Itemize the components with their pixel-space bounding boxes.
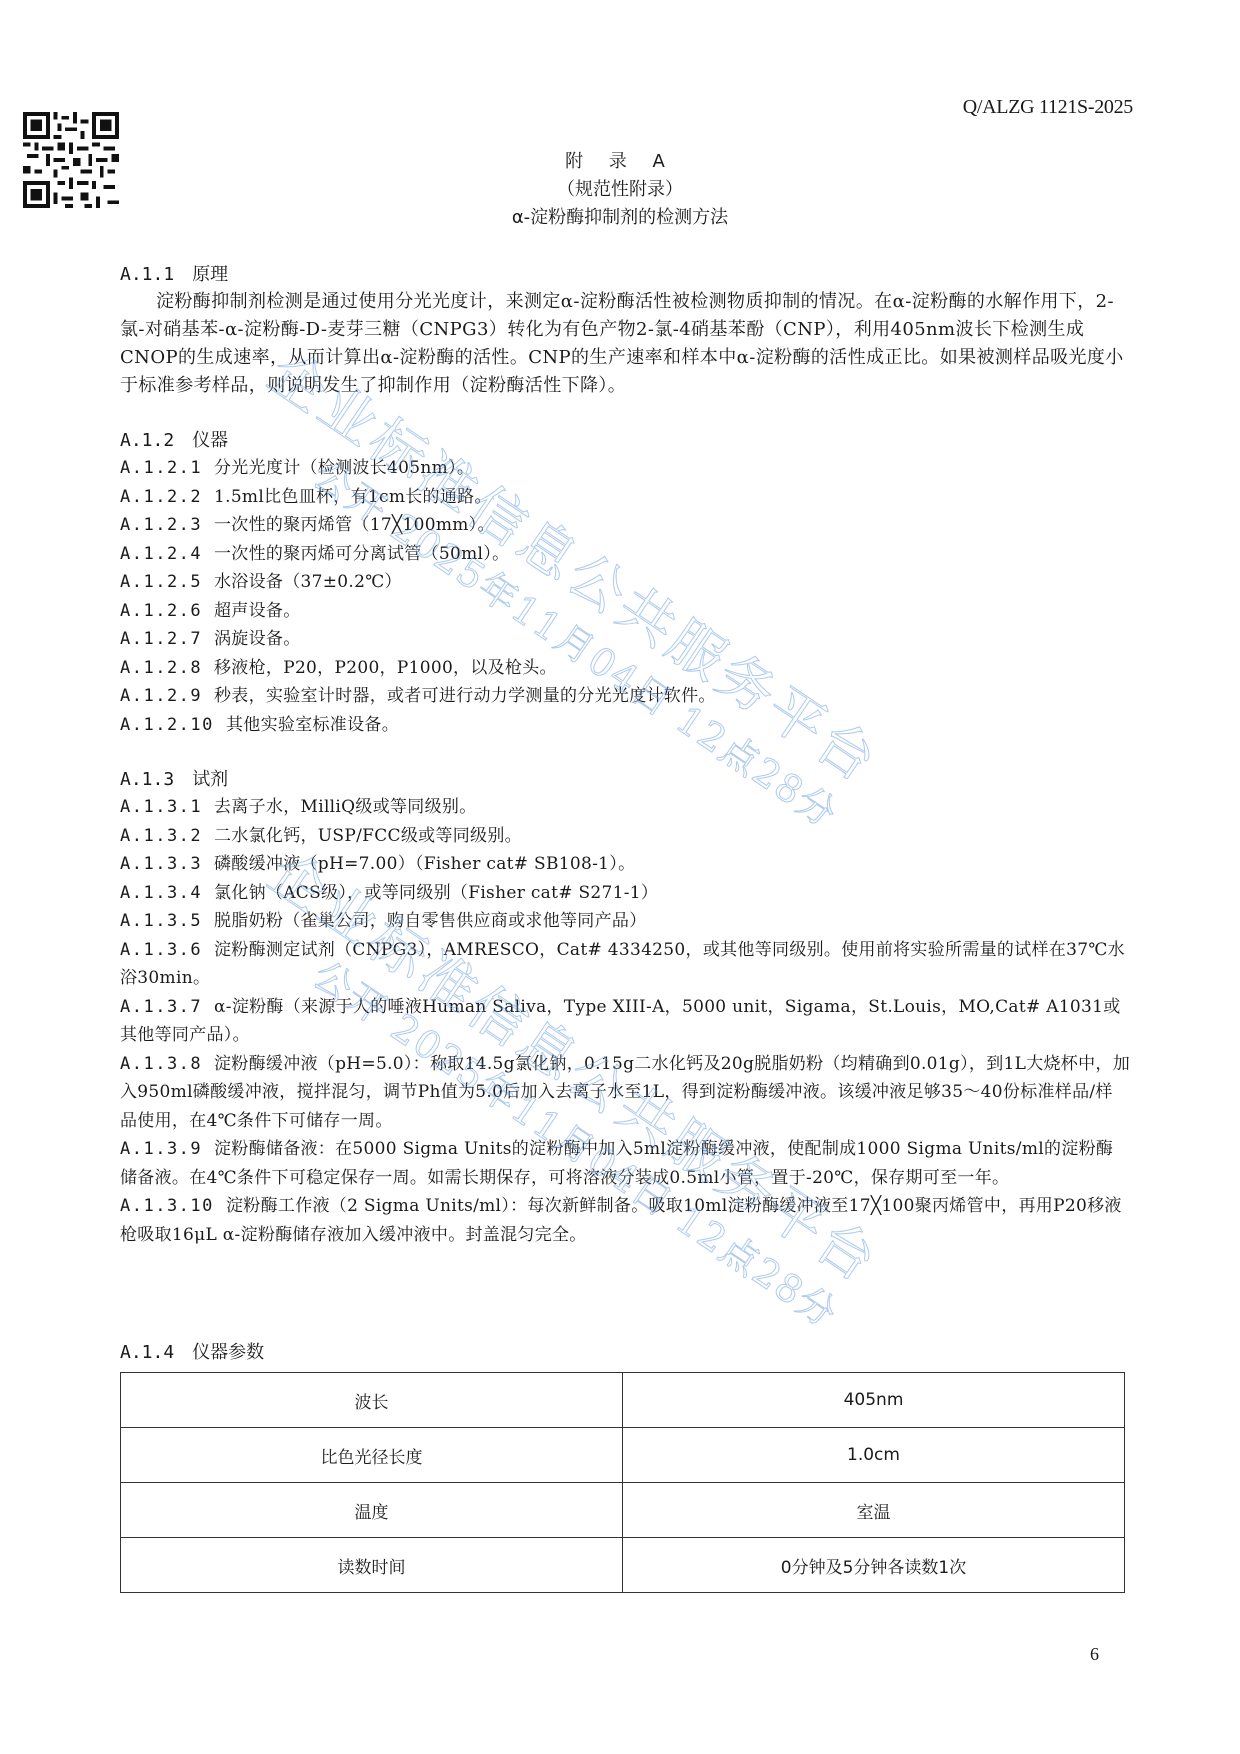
item-number: A.1.2.10 — [120, 711, 226, 740]
item-text: 淀粉酶工作液（2 Sigma Units/ml）：每次新鲜制备。吸取10ml淀粉… — [120, 1196, 1122, 1245]
item-number: A.1.3.5 — [120, 907, 214, 936]
reagent-list: A.1.3.1去离子水，MilliQ级或等同级别。 A.1.3.2二水氯化钙，U… — [120, 793, 1130, 1249]
appendix-name: α-淀粉酶抑制剂的检测方法 — [0, 204, 1240, 232]
section-name: 试剂 — [192, 769, 228, 790]
item-text: 磷酸缓冲液（pH=7.00）（Fisher cat# SB108-1）。 — [214, 854, 635, 874]
item-text: 氯化钠（ACS级），或等同级别（Fisher cat# S271-1） — [214, 883, 658, 903]
item-number: A.1.3.7 — [120, 993, 214, 1022]
param-value: 405nm — [623, 1373, 1125, 1428]
document-code: Q/ALZG 1121S-2025 — [963, 96, 1133, 119]
table-row: 温度 室温 — [121, 1483, 1125, 1538]
item-number: A.1.2.7 — [120, 625, 214, 654]
list-item: A.1.3.10淀粉酶工作液（2 Sigma Units/ml）：每次新鲜制备。… — [120, 1192, 1130, 1249]
list-item: A.1.3.3磷酸缓冲液（pH=7.00）（Fisher cat# SB108-… — [120, 850, 1130, 879]
list-item: A.1.3.1去离子水，MilliQ级或等同级别。 — [120, 793, 1130, 822]
list-item: A.1.2.1分光光度计（检测波长405nm）。 — [120, 454, 1130, 483]
item-text: 二水氯化钙，USP/FCC级或等同级别。 — [214, 826, 522, 846]
section-number: A.1.2 — [120, 430, 174, 451]
list-item: A.1.3.7α-淀粉酶（来源于人的唾液Human Saliva，Type XI… — [120, 993, 1130, 1050]
table-row: 读数时间 0分钟及5分钟各读数1次 — [121, 1538, 1125, 1593]
instrument-list: A.1.2.1分光光度计（检测波长405nm）。 A.1.2.21.5ml比色皿… — [120, 454, 1130, 739]
item-text: 去离子水，MilliQ级或等同级别。 — [214, 797, 477, 817]
list-item: A.1.3.8淀粉酶缓冲液（pH=5.0）：称取14.5g氯化钠，0.15g二水… — [120, 1050, 1130, 1136]
param-label: 温度 — [121, 1483, 623, 1538]
instrument-params-table: 波长 405nm 比色光径长度 1.0cm 温度 室温 读数时间 0分钟及5分钟… — [120, 1372, 1125, 1593]
param-value: 室温 — [623, 1483, 1125, 1538]
item-text: 淀粉酶测定试剂（CNPG3），AMRESCO，Cat# 4334250，或其他等… — [120, 940, 1125, 989]
section-name: 仪器 — [192, 430, 228, 451]
section-heading-instruments: A.1.2仪器 — [120, 428, 1130, 454]
item-number: A.1.3.6 — [120, 936, 214, 965]
item-number: A.1.3.10 — [120, 1192, 226, 1221]
item-text: 一次性的聚丙烯管（17╳100mm）。 — [214, 515, 495, 535]
item-number: A.1.2.8 — [120, 654, 214, 683]
item-text: 淀粉酶储备液：在5000 Sigma Units的淀粉酶中加入5ml淀粉酶缓冲液… — [120, 1139, 1113, 1188]
list-item: A.1.3.5脱脂奶粉（雀巢公司，购自零售供应商或求他等同产品） — [120, 907, 1130, 936]
item-number: A.1.2.4 — [120, 540, 214, 569]
param-label: 比色光径长度 — [121, 1428, 623, 1483]
item-text: 一次性的聚丙烯可分离试管（50ml）。 — [214, 544, 509, 564]
param-label: 读数时间 — [121, 1538, 623, 1593]
section-name: 仪器参数 — [192, 1342, 264, 1363]
list-item: A.1.3.6淀粉酶测定试剂（CNPG3），AMRESCO，Cat# 43342… — [120, 936, 1130, 993]
item-number: A.1.2.3 — [120, 511, 214, 540]
section-number: A.1.1 — [120, 264, 174, 285]
param-value: 1.0cm — [623, 1428, 1125, 1483]
principle-paragraph: 淀粉酶抑制剂检测是通过使用分光光度计，来测定α-淀粉酶活性被检测物质抑制的情况。… — [120, 288, 1130, 400]
item-text: 其他实验室标准设备。 — [226, 715, 399, 735]
section-heading-reagents: A.1.3试剂 — [120, 767, 1130, 793]
appendix-label: 附 录 A — [0, 148, 1240, 176]
section-heading-params: A.1.4仪器参数 — [120, 1340, 264, 1366]
item-number: A.1.2.9 — [120, 682, 214, 711]
section-number: A.1.3 — [120, 769, 174, 790]
appendix-type: （规范性附录） — [0, 176, 1240, 204]
item-text: 脱脂奶粉（雀巢公司，购自零售供应商或求他等同产品） — [214, 911, 647, 931]
list-item: A.1.2.3一次性的聚丙烯管（17╳100mm）。 — [120, 511, 1130, 540]
item-number: A.1.3.1 — [120, 793, 214, 822]
item-number: A.1.2.1 — [120, 454, 214, 483]
section-number: A.1.4 — [120, 1342, 174, 1363]
item-text: 超声设备。 — [214, 601, 301, 621]
table-row: 比色光径长度 1.0cm — [121, 1428, 1125, 1483]
list-item: A.1.2.4一次性的聚丙烯可分离试管（50ml）。 — [120, 540, 1130, 569]
item-text: 秒表，实验室计时器，或者可进行动力学测量的分光光度计软件。 — [214, 686, 716, 706]
section-heading-principle: A.1.1原理 — [120, 262, 1130, 288]
document-body: A.1.1原理 淀粉酶抑制剂检测是通过使用分光光度计，来测定α-淀粉酶活性被检测… — [120, 262, 1130, 1249]
list-item: A.1.2.8移液枪，P20，P200，P1000，以及枪头。 — [120, 654, 1130, 683]
list-item: A.1.3.4氯化钠（ACS级），或等同级别（Fisher cat# S271-… — [120, 879, 1130, 908]
param-value: 0分钟及5分钟各读数1次 — [623, 1538, 1125, 1593]
item-text: 涡旋设备。 — [214, 629, 301, 649]
item-number: A.1.3.4 — [120, 879, 214, 908]
item-number: A.1.3.8 — [120, 1050, 214, 1079]
item-number: A.1.2.6 — [120, 597, 214, 626]
item-number: A.1.2.5 — [120, 568, 214, 597]
item-text: 水浴设备（37±0.2℃） — [214, 572, 402, 592]
item-number: A.1.3.9 — [120, 1135, 214, 1164]
list-item: A.1.2.9秒表，实验室计时器，或者可进行动力学测量的分光光度计软件。 — [120, 682, 1130, 711]
list-item: A.1.2.6超声设备。 — [120, 597, 1130, 626]
appendix-title-block: 附 录 A （规范性附录） α-淀粉酶抑制剂的检测方法 — [0, 148, 1240, 232]
section-name: 原理 — [192, 264, 228, 285]
list-item: A.1.3.9淀粉酶储备液：在5000 Sigma Units的淀粉酶中加入5m… — [120, 1135, 1130, 1192]
item-text: 分光光度计（检测波长405nm）。 — [214, 458, 474, 478]
item-text: 1.5ml比色皿杯，有1cm长的通路。 — [214, 487, 492, 507]
list-item: A.1.2.10其他实验室标准设备。 — [120, 711, 1130, 740]
list-item: A.1.2.5水浴设备（37±0.2℃） — [120, 568, 1130, 597]
item-number: A.1.2.2 — [120, 483, 214, 512]
item-number: A.1.3.3 — [120, 850, 214, 879]
item-text: 移液枪，P20，P200，P1000，以及枪头。 — [214, 658, 557, 678]
page-number: 6 — [1090, 1644, 1099, 1665]
list-item: A.1.2.7涡旋设备。 — [120, 625, 1130, 654]
item-text: α-淀粉酶（来源于人的唾液Human Saliva，Type XIII-A，50… — [120, 997, 1121, 1046]
list-item: A.1.2.21.5ml比色皿杯，有1cm长的通路。 — [120, 483, 1130, 512]
list-item: A.1.3.2二水氯化钙，USP/FCC级或等同级别。 — [120, 822, 1130, 851]
table-row: 波长 405nm — [121, 1373, 1125, 1428]
item-text: 淀粉酶缓冲液（pH=5.0）：称取14.5g氯化钠，0.15g二水化钙及20g脱… — [120, 1054, 1130, 1131]
item-number: A.1.3.2 — [120, 822, 214, 851]
param-label: 波长 — [121, 1373, 623, 1428]
